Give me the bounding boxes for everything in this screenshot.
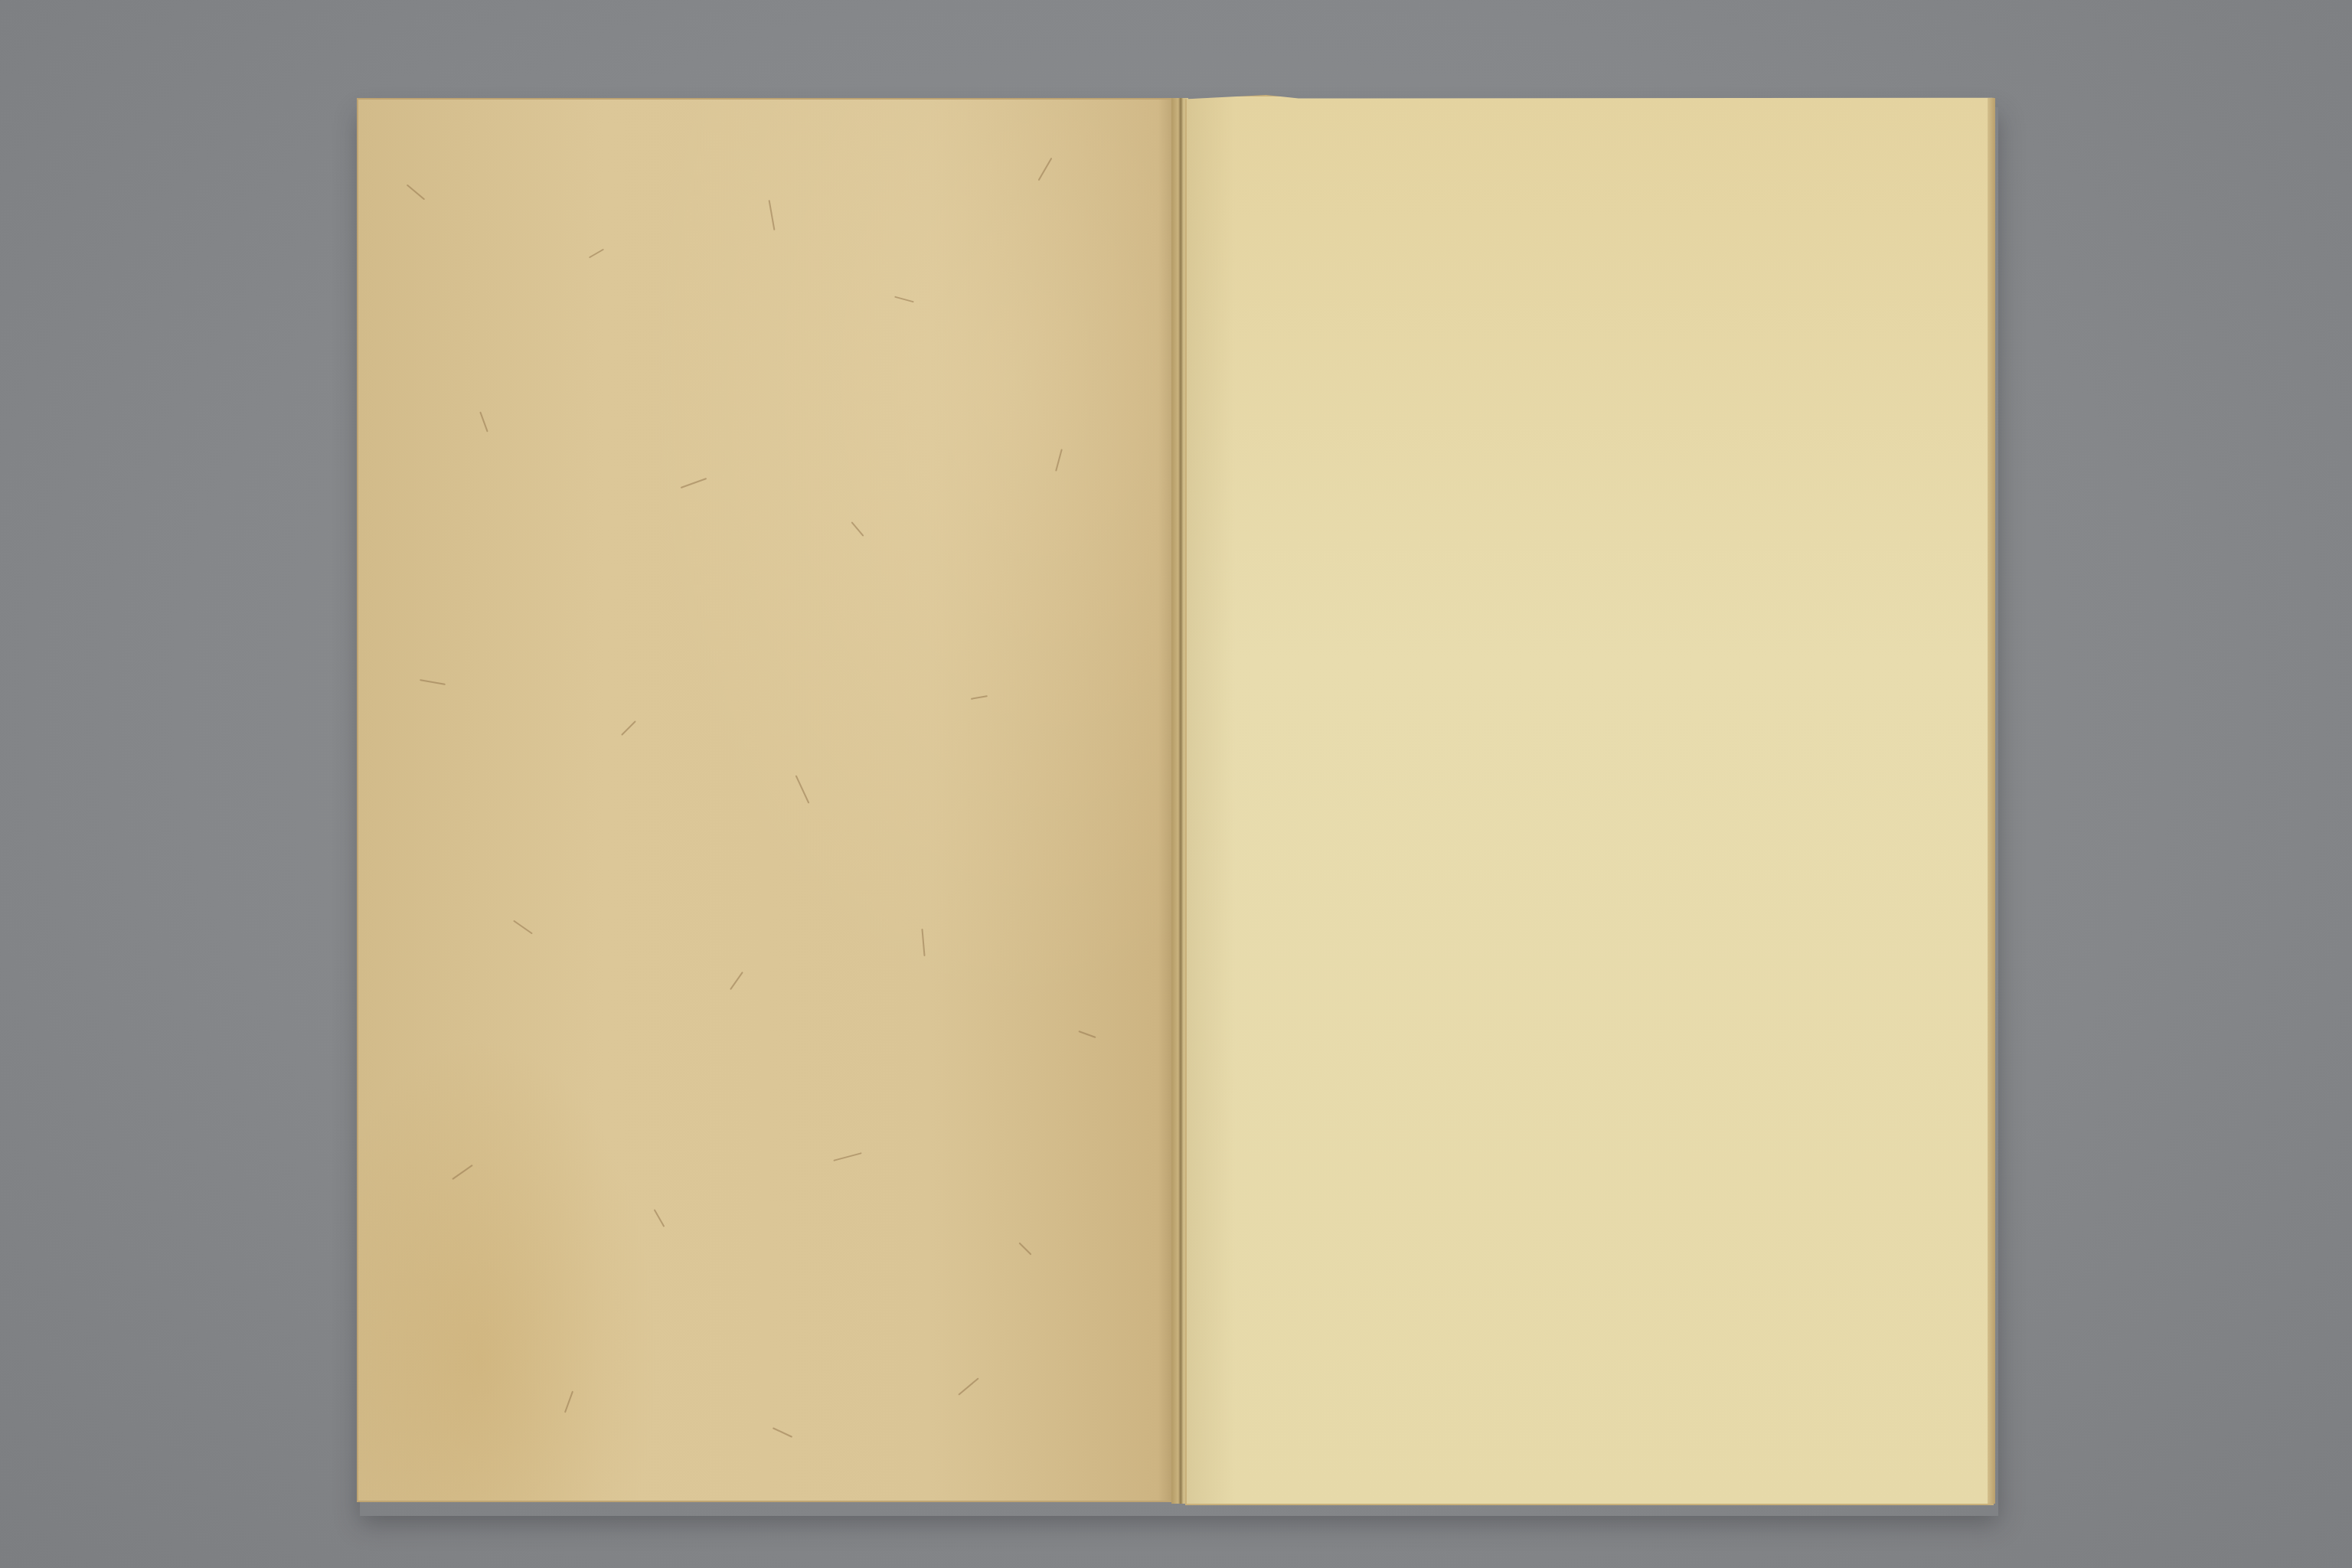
paper-fiber bbox=[1078, 1031, 1096, 1038]
paper-fiber bbox=[851, 521, 864, 537]
paper-fiber bbox=[1055, 449, 1063, 471]
paper-fiber bbox=[1038, 158, 1053, 181]
paper-fiber bbox=[452, 1165, 472, 1180]
paper-fiber bbox=[654, 1209, 665, 1227]
paper-fiber bbox=[407, 185, 425, 201]
paper-fiber bbox=[621, 720, 636, 736]
paper-fiber bbox=[681, 478, 707, 488]
paper-fiber bbox=[479, 412, 488, 433]
paper-fiber bbox=[1019, 1243, 1032, 1256]
left-page bbox=[357, 98, 1176, 1502]
page-block-edge bbox=[1988, 98, 1995, 1504]
paper-fiber bbox=[773, 1427, 792, 1438]
paper-fiber bbox=[894, 296, 914, 303]
paper-fiber bbox=[564, 1391, 573, 1413]
paper-fiber bbox=[921, 929, 925, 956]
paper-fiber bbox=[971, 695, 988, 700]
paper-fiber bbox=[833, 1152, 861, 1161]
paper-fiber bbox=[795, 775, 810, 803]
paper-fiber bbox=[958, 1377, 978, 1395]
paper-fiber bbox=[769, 200, 776, 230]
paper-fiber bbox=[513, 920, 533, 935]
right-page bbox=[1185, 95, 1994, 1505]
paper-fiber bbox=[730, 972, 743, 990]
paper-fiber bbox=[420, 679, 446, 685]
paper-fiber bbox=[589, 249, 604, 259]
